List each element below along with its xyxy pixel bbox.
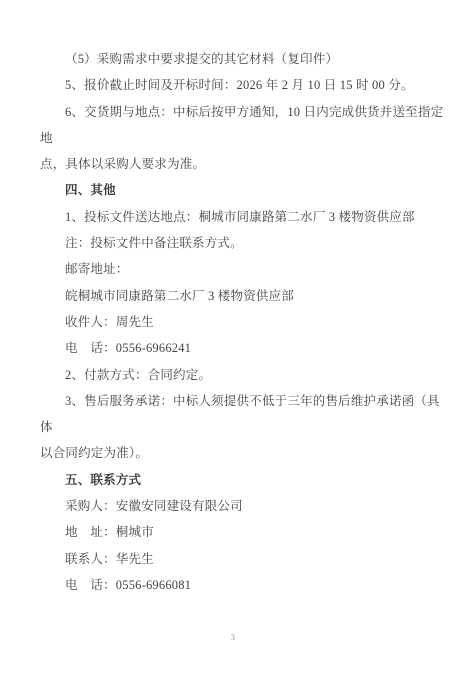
contact-phone-line: 电 话：0556-6966081 [40, 572, 444, 598]
contact-person-line: 联系人：华先生 [40, 546, 444, 572]
section-heading-other: 四、其他 [40, 177, 444, 203]
payment-terms-line: 2、付款方式：合同约定。 [40, 362, 444, 388]
mailing-address-line: 皖桐城市同康路第二水厂 3 楼物资供应部 [40, 283, 444, 309]
purchaser-address-line: 地 址：桐城市 [40, 519, 444, 545]
mailing-address-label: 邮寄地址： [40, 256, 444, 282]
purchaser-line: 采购人：安徽安同建设有限公司 [40, 493, 444, 519]
recipient-line: 收件人：周先生 [40, 309, 444, 335]
submission-address-line: 1、投标文件送达地点：桐城市同康路第二水厂 3 楼物资供应部 [40, 204, 444, 230]
bid-deadline-line: 5、报价截止时间及开标时间：2026 年 2 月 10 日 15 时 00 分。 [40, 72, 444, 98]
note-line: 注：投标文件中备注联系方式。 [40, 230, 444, 256]
after-sales-line: 3、售后服务承诺：中标人须提供不低于三年的售后维护承诺函（具体 以合同约定为准）… [40, 388, 444, 467]
document-body: （5）采购需求中要求提交的其它材料（复印件） 5、报价截止时间及开标时间：202… [40, 46, 444, 598]
recipient-phone-line: 电 话：0556-6966241 [40, 335, 444, 361]
delivery-terms-line: 6、交货期与地点：中标后按甲方通知，10 日内完成供货并送至指定地 点，具体以采… [40, 99, 444, 178]
section-heading-contact: 五、联系方式 [40, 467, 444, 493]
other-materials-item: （5）采购需求中要求提交的其它材料（复印件） [40, 46, 444, 72]
page-number: 3 [0, 633, 466, 643]
document-page: （5）采购需求中要求提交的其它材料（复印件） 5、报价截止时间及开标时间：202… [0, 0, 466, 675]
